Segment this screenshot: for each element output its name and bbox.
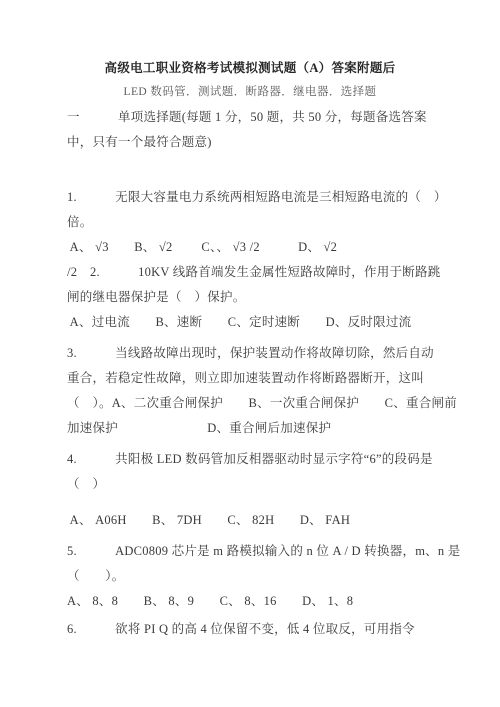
- section-heading: 一 单项选择题(每题 1 分，50 题，共 50 分，每题备选答案 中，只有一个…: [67, 105, 460, 155]
- question-4: 4. 共阳极 LED 数码管加反相器驱动时显示字符“6”的段码是 （ ） A、 …: [67, 447, 460, 533]
- question-text-line: 倍。: [67, 210, 460, 235]
- question-text-line: 6. 欲将 PI Q 的高 4 位保留不变，低 4 位取反，可用指令: [67, 617, 460, 642]
- question-3: 3. 当线路故障出现时，保护装置动作将故障切除，然后自动 重合，若稳定性故障，则…: [67, 341, 460, 441]
- question-text-line: 4. 共阳极 LED 数码管加反相器驱动时显示字符“6”的段码是: [67, 447, 460, 472]
- question-text-line: 5. ADC0809 芯片是 m 路模拟输入的 n 位 A / D 转换器，m、…: [67, 539, 460, 564]
- question-5: 5. ADC0809 芯片是 m 路模拟输入的 n 位 A / D 转换器，m、…: [67, 539, 460, 614]
- section-heading-line: 中，只有一个最符合题意): [67, 130, 460, 155]
- document-page: 高级电工职业资格考试模拟测试题（A）答案附题后 LED 数码管．测试题．断路器．…: [0, 0, 500, 707]
- question-text-line: 3. 当线路故障出现时，保护装置动作将故障切除，然后自动: [67, 341, 460, 366]
- options-line: A、 A06H B、 7DH C、 82H D、 FAH: [67, 508, 460, 533]
- options-line: A、 √3 B、 √2 C、、 √3 /2 D、 √2: [67, 235, 460, 260]
- question-text-line: 闸的继电器保护是（ ）保护。: [67, 285, 460, 310]
- question-text-line: （ ）: [67, 472, 460, 497]
- section-heading-line: 一 单项选择题(每题 1 分，50 题，共 50 分，每题备选答案: [67, 105, 460, 130]
- options-line: A、 8、8 B、 8、9 C、 8、16 D、 1、8: [67, 589, 460, 614]
- question-text-line: （ ）。: [67, 564, 460, 589]
- options-line: 加速保护 D、重合闸后加速保护: [67, 416, 460, 441]
- question-text-line: /2 2. 10KV 线路首端发生金属性短路故障时，作用于断路跳: [67, 260, 460, 285]
- document-title: 高级电工职业资格考试模拟测试题（A）答案附题后: [40, 58, 460, 78]
- question-text-line: 重合，若稳定性故障，则立即加速装置动作将断路器断开，这叫: [67, 366, 460, 391]
- options-line: （ ）。A、二次重合闸保护 B、一次重合闸保护 C、重合闸前: [67, 391, 460, 416]
- options-line: A、过电流 B、速断 C、定时速断 D、反时限过流: [67, 310, 460, 335]
- question-text-line: 1. 无限大容量电力系统两相短路电流是三相短路电流的（ ）: [67, 185, 460, 210]
- question-1: 1. 无限大容量电力系统两相短路电流是三相短路电流的（ ） 倍。 A、 √3 B…: [67, 185, 460, 260]
- document-body: 一 单项选择题(每题 1 分，50 题，共 50 分，每题备选答案 中，只有一个…: [67, 105, 460, 642]
- question-2: /2 2. 10KV 线路首端发生金属性短路故障时，作用于断路跳 闸的继电器保护…: [67, 260, 460, 335]
- question-6: 6. 欲将 PI Q 的高 4 位保留不变，低 4 位取反，可用指令: [67, 617, 460, 642]
- document-subtitle: LED 数码管．测试题．断路器．继电器．选择题: [40, 83, 460, 101]
